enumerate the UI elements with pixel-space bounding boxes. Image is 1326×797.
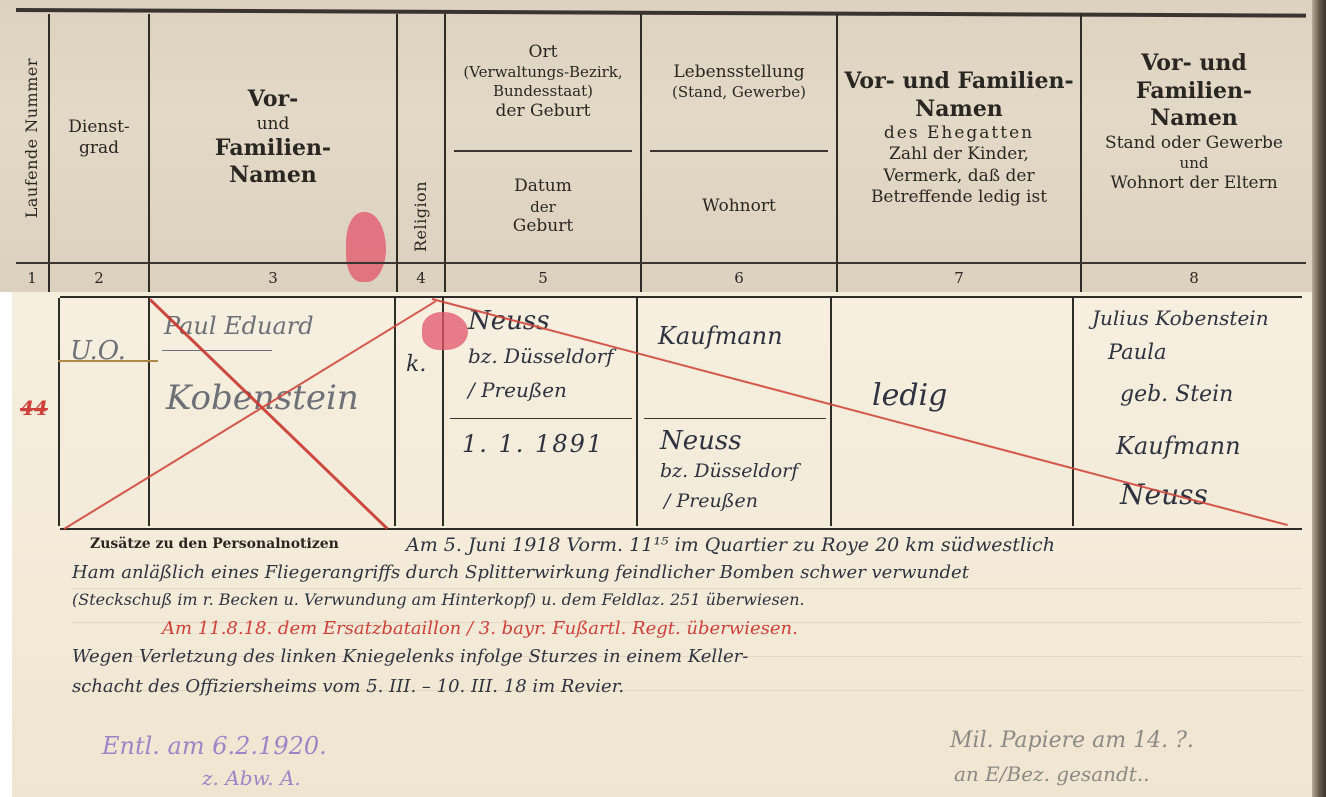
- handwritten-entry-page: 44 U.O. Paul Eduard Kobenstein k. Neuss …: [12, 292, 1312, 797]
- header-label: grad: [79, 138, 119, 159]
- discharge-note-line: z. Abw. A.: [202, 766, 301, 790]
- ruled-line: [72, 588, 1302, 589]
- header-subcell-stand: Lebensstellung (Stand, Gewerbe): [642, 14, 836, 150]
- residence-line: / Preußen: [664, 490, 758, 512]
- papers-note-line: an E/Bez. gesandt..: [954, 762, 1150, 786]
- header-subcell-ort: Ort (Verwaltungs-Bezirk, Bundesstaat) de…: [446, 14, 640, 150]
- header-label: Wohnort: [702, 196, 776, 217]
- header-col-namen: Vor- und Familien- Namen: [150, 14, 398, 262]
- header-subcell-datum: Datum der Geburt: [446, 152, 640, 262]
- header-subcell-wohnort: Wohnort: [642, 152, 836, 262]
- header-col-laufende-nummer: Laufende Nummer: [16, 14, 50, 262]
- birthplace-line: bz. Düsseldorf: [468, 344, 614, 368]
- header-col-eltern: Vor- und Familien- Namen Stand oder Gewe…: [1082, 14, 1306, 262]
- entry-col-spouse: [832, 298, 1074, 526]
- scan-seam-gap: [0, 292, 12, 797]
- header-label: Stand oder Gewerbe: [1105, 133, 1283, 154]
- parents-line: geb. Stein: [1120, 382, 1233, 407]
- header-col-religion: Religion: [398, 14, 446, 262]
- header-label: Zahl der Kinder,: [889, 144, 1029, 165]
- header-label: des Ehegatten: [884, 123, 1034, 144]
- parents-line: Julius Kobenstein: [1092, 306, 1269, 330]
- occupation-value: Kaufmann: [658, 322, 783, 350]
- header-label: Dienst-: [68, 117, 129, 138]
- margin-entry-number: 44: [20, 396, 48, 420]
- marital-status-value: ledig: [872, 378, 947, 413]
- parents-line: Paula: [1108, 340, 1166, 364]
- column-number: 4: [398, 264, 446, 292]
- header-label: Ort: [529, 42, 558, 63]
- header-label: der: [530, 198, 556, 217]
- column-number: 5: [446, 264, 642, 292]
- book-spine-edge: [1312, 0, 1326, 797]
- header-label: Vor- und Familien-: [844, 68, 1073, 96]
- notes-line: (Steckschuß im r. Becken u. Verwundung a…: [72, 590, 805, 609]
- header-col-dienstgrad: Dienst- grad: [50, 14, 150, 262]
- discharge-note-line: Entl. am 6.2.1920.: [102, 732, 327, 760]
- residence-line: Neuss: [660, 426, 742, 456]
- header-label: (Verwaltungs-Bezirk,: [463, 63, 622, 82]
- first-names-underline: [162, 350, 272, 351]
- header-label: Vermerk, daß der: [883, 166, 1034, 187]
- column-number: 8: [1082, 264, 1306, 292]
- header-label: Namen: [915, 96, 1003, 124]
- column-number: 7: [838, 264, 1082, 292]
- column-number: 1: [16, 264, 50, 292]
- header-label: Vor-: [248, 86, 298, 114]
- notes-line: Ham anläßlich eines Fliegerangriffs durc…: [72, 562, 969, 583]
- header-label: Geburt: [513, 216, 573, 237]
- religion-value: k.: [406, 352, 426, 377]
- column-number-row: 1 2 3 4 5 6 7 8: [16, 262, 1306, 295]
- notes-line: Am 5. Juni 1918 Vorm. 11¹⁵ im Quartier z…: [406, 534, 1055, 556]
- header-label: Vor- und Familien-: [1082, 50, 1306, 105]
- header-label: Datum: [514, 176, 572, 197]
- header-label: der Geburt: [496, 101, 591, 122]
- residence-line: bz. Düsseldorf: [660, 460, 798, 482]
- printed-header: Laufende Nummer Dienst- grad Vor- und Fa…: [0, 0, 1326, 292]
- papers-note-line: Mil. Papiere am 14. ?.: [950, 728, 1194, 753]
- column-number: 6: [642, 264, 838, 292]
- parents-line: Kaufmann: [1116, 432, 1241, 460]
- entry-bottom-rule: [60, 528, 1302, 530]
- birth-date-value: 1. 1. 1891: [462, 430, 604, 458]
- notes-line-red: Am 11.8.18. dem Ersatzbataillon / 3. bay…: [162, 618, 798, 639]
- birth-subdivider: [450, 418, 632, 419]
- occupation-subdivider: [644, 418, 826, 419]
- header-col-geburt: Ort (Verwaltungs-Bezirk, Bundesstaat) de…: [446, 14, 642, 262]
- header-label: und: [1180, 154, 1209, 173]
- header-col-ehegatte: Vor- und Familien- Namen des Ehegatten Z…: [838, 14, 1082, 262]
- header-label: Namen: [1150, 105, 1238, 133]
- header-label: und: [257, 114, 290, 135]
- notes-line: Wegen Verletzung des linken Kniegelenks …: [72, 646, 748, 667]
- notes-label: Zusätze zu den Personalnotizen: [90, 536, 339, 552]
- header-col-lebensstellung: Lebensstellung (Stand, Gewerbe) Wohnort: [642, 14, 838, 262]
- entry-col-rank: [58, 298, 150, 526]
- header-label: Religion: [411, 181, 431, 252]
- header-label: Betreffende ledig ist: [871, 187, 1047, 208]
- header-label: Wohnort der Eltern: [1110, 173, 1277, 194]
- birthplace-line: / Preußen: [468, 378, 567, 402]
- column-number: 2: [50, 264, 150, 292]
- header-label: Bundesstaat): [493, 82, 593, 101]
- column-number: 3: [150, 264, 398, 292]
- header-label: Namen: [229, 162, 317, 190]
- rank-underline: [58, 360, 158, 362]
- surname-value: Kobenstein: [166, 378, 359, 418]
- notes-line: schacht des Offiziersheims vom 5. III. –…: [72, 676, 624, 697]
- header-label: Familien-: [215, 135, 331, 163]
- header-label: (Stand, Gewerbe): [672, 83, 806, 102]
- header-label: Laufende Nummer: [22, 58, 42, 218]
- red-stamp-blot: [422, 312, 468, 350]
- header-label: Lebensstellung: [673, 62, 804, 83]
